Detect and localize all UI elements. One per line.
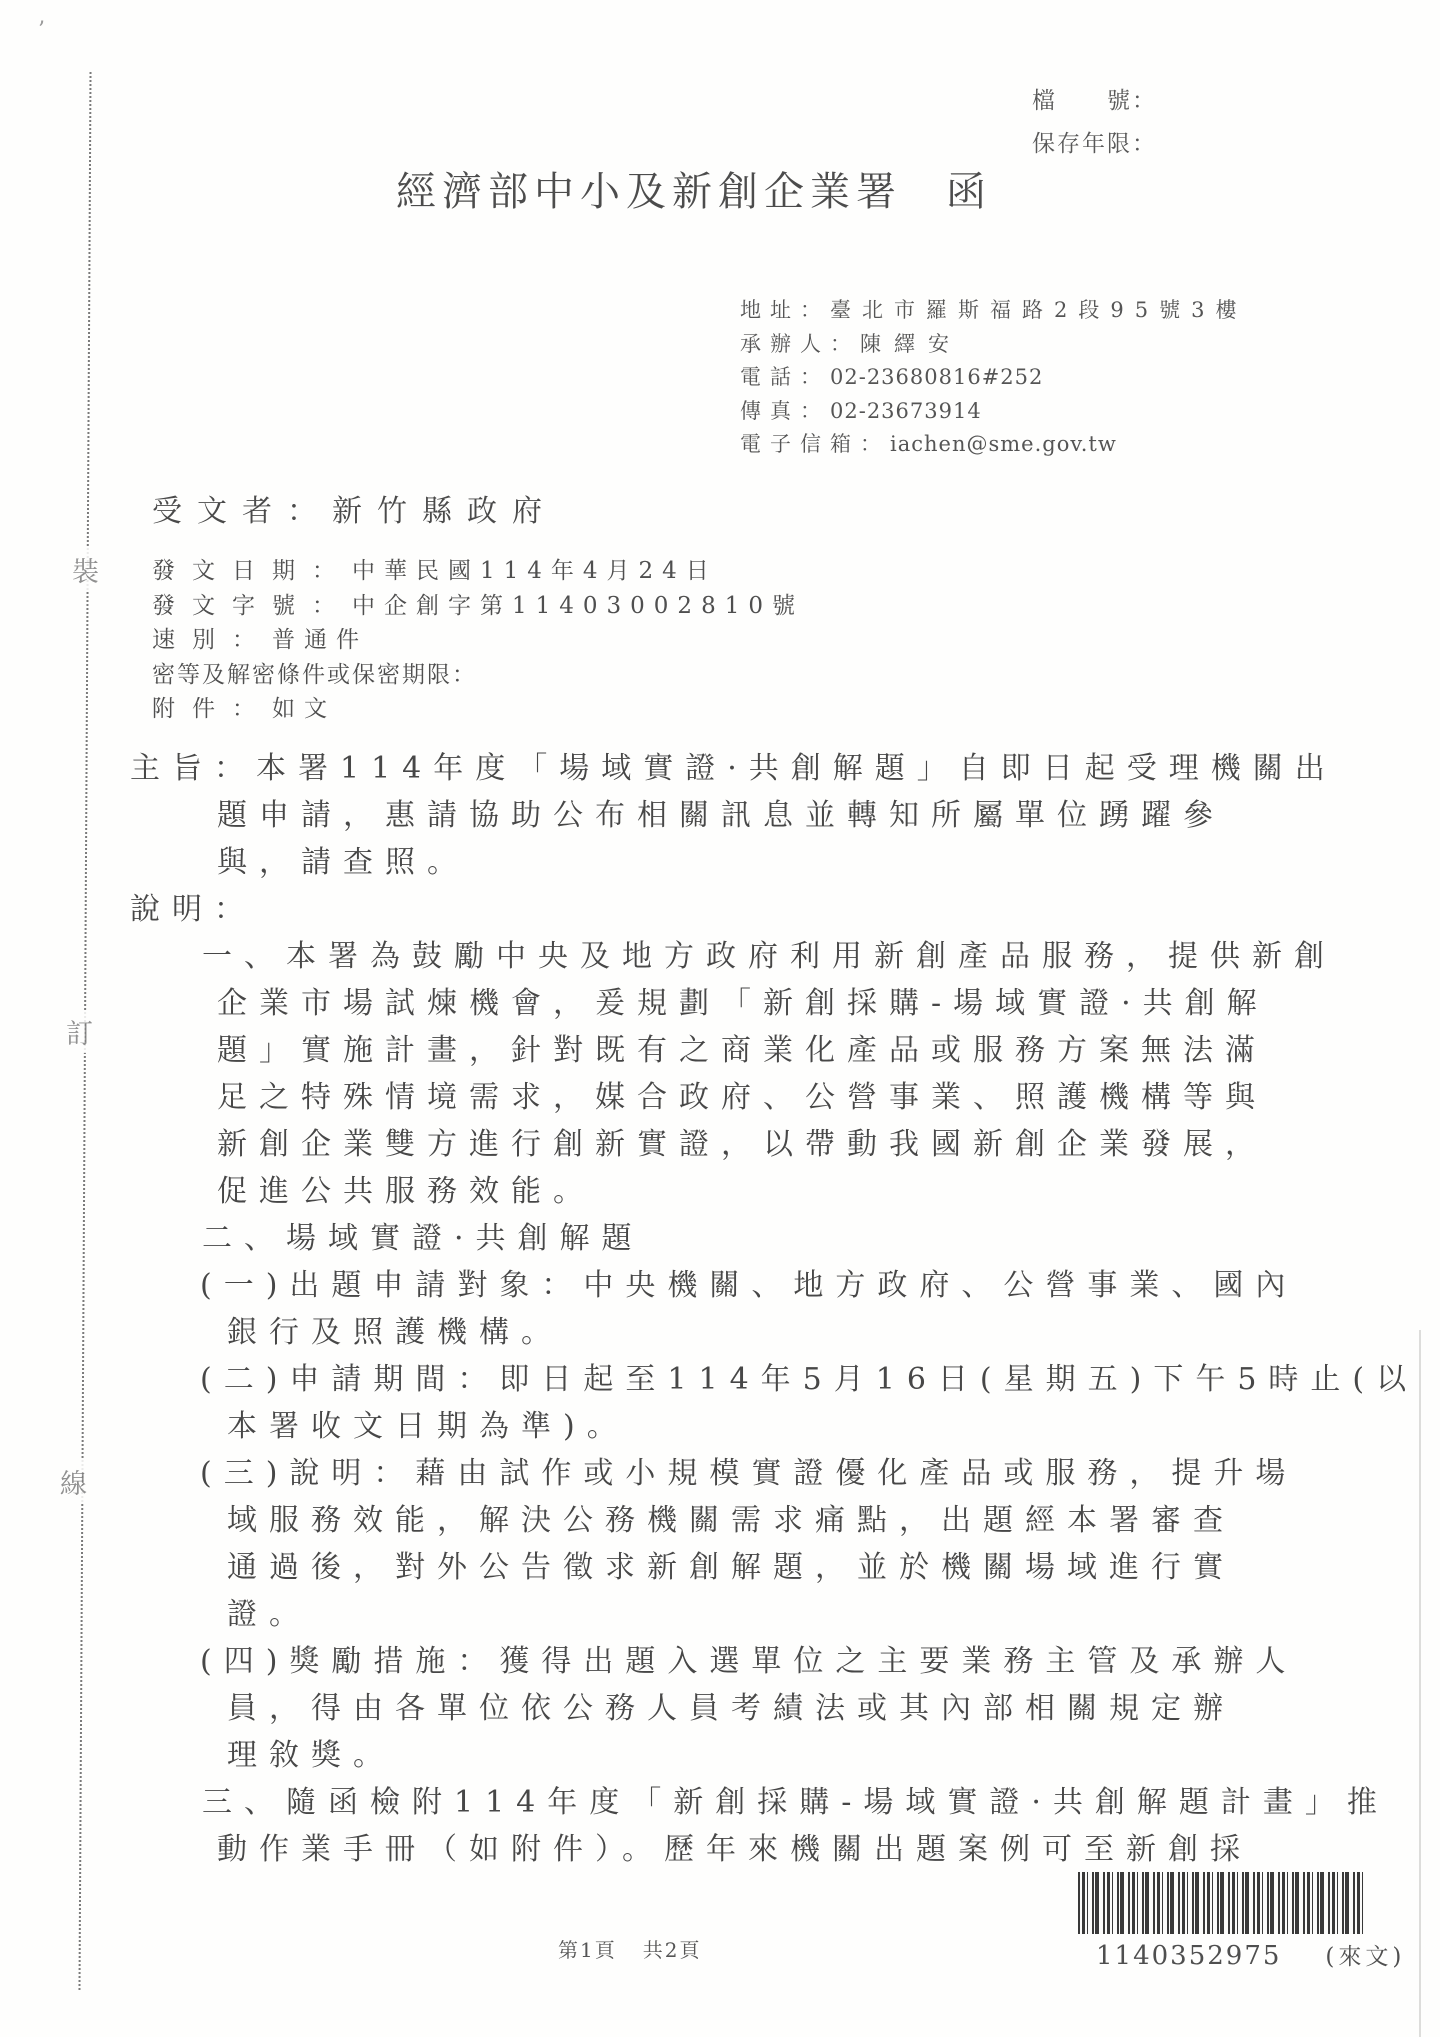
- contact-fax: 傳真：02-23673914: [740, 395, 1247, 429]
- letter-body: 主旨：本署114年度「場域實證·共創解題」自即日起受理機關出 題申請，惠請協助公…: [0, 745, 1440, 1873]
- document-title: 經濟部中小及新創企業署函: [396, 160, 992, 217]
- page-edge-shadow: [1419, 1330, 1421, 2037]
- meta-priority: 速別：普通件: [152, 623, 804, 658]
- file-number-label: 檔 號：: [1032, 80, 1157, 123]
- recipient-label: 受文者：: [152, 494, 332, 529]
- body-line: 員，得由各單位依公務人員考績法或其內部相關規定辦: [227, 1685, 1440, 1732]
- recipient-line: 受文者：新竹縣政府: [152, 486, 557, 530]
- contact-phone: 電話：02-23680816#252: [740, 361, 1247, 395]
- body-line-subitem-2: (二)申請期間：即日起至114年5月16日(星期五)下午5時止(以: [200, 1356, 1440, 1403]
- barcode: [1078, 1872, 1364, 1934]
- body-line: 銀行及照護機構。: [227, 1309, 1440, 1356]
- body-line-subject: 主旨：本署114年度「場域實證·共創解題」自即日起受理機關出: [130, 745, 1440, 792]
- body-line: 動作業手冊（如附件）。歷年來機關出題案例可至新創採: [217, 1826, 1440, 1873]
- body-line: 本署收文日期為準)。: [227, 1403, 1440, 1450]
- body-line-subitem-1: (一)出題申請對象：中央機關、地方政府、公營事業、國內: [200, 1262, 1440, 1309]
- binding-mark-zhuang: 裝: [72, 548, 99, 591]
- body-line: 企業市場試煉機會，爰規劃「新創採購-場域實證·共創解: [217, 980, 1440, 1027]
- meta-classification: 密等及解密條件或保密期限：: [152, 658, 804, 693]
- body-line: 新創企業雙方進行創新實證，以帶動我國新創企業發展，: [217, 1121, 1440, 1168]
- page-total: 共2頁: [643, 1938, 702, 1962]
- meta-doc-number: 發文字號：中企創字第11403002810號: [152, 589, 804, 624]
- body-line: 足之特殊情境需求，媒合政府、公營事業、照護機構等與: [217, 1074, 1440, 1121]
- file-number-block: 檔 號： 保存年限：: [1032, 80, 1157, 166]
- body-line: 促進公共服務效能。: [217, 1168, 1440, 1215]
- page-footer: 第1頁共2頁: [558, 1934, 701, 1963]
- meta-block: 發文日期：中華民國114年4月24日 發文字號：中企創字第11403002810…: [152, 554, 804, 727]
- body-line-subitem-4: (四)獎勵措施：獲得出題入選單位之主要業務主管及承辦人: [200, 1638, 1440, 1685]
- body-line: 題」實施計畫，針對既有之商業化產品或服務方案無法滿: [217, 1027, 1440, 1074]
- body-line: 通過後，對外公告徵求新創解題，並於機關場域進行實: [227, 1544, 1440, 1591]
- body-line: 與，請查照。: [217, 839, 1440, 886]
- meta-attachment: 附件：如文: [152, 692, 804, 727]
- contact-address: 地址：臺北市羅斯福路2段95號3樓: [740, 294, 1247, 328]
- retention-period-label: 保存年限：: [1032, 123, 1157, 166]
- contact-person: 承辦人：陳繹安: [740, 328, 1247, 362]
- page-number: 第1頁: [558, 1938, 617, 1962]
- body-line-item-3: 三、隨函檢附114年度「新創採購-場域實證·共創解題計畫」推: [202, 1779, 1440, 1826]
- official-letter-page: ’ 裝 訂 線 檔 號： 保存年限： 經濟部中小及新創企業署函 地址：臺北市羅斯…: [0, 0, 1440, 2037]
- issuing-agency: 經濟部中小及新創企業署: [396, 169, 902, 215]
- contact-block: 地址：臺北市羅斯福路2段95號3樓 承辦人：陳繹安 電話：02-23680816…: [740, 294, 1247, 462]
- barcode-caption: 1140352975(來文): [1096, 1938, 1405, 1971]
- contact-email: 電子信箱：iachen@sme.gov.tw: [740, 428, 1247, 462]
- body-line: 域服務效能，解決公務機關需求痛點，出題經本署審查: [227, 1497, 1440, 1544]
- document-type: 函: [946, 169, 992, 215]
- recipient-value: 新竹縣政府: [332, 494, 557, 529]
- body-line: 證。: [227, 1591, 1440, 1638]
- meta-issue-date: 發文日期：中華民國114年4月24日: [152, 554, 804, 589]
- body-line-subitem-3: (三)說明：藉由試作或小規模實證優化產品或服務，提升場: [200, 1450, 1440, 1497]
- body-line-item-2: 二、場域實證·共創解題: [202, 1215, 1440, 1262]
- scan-speck: ’: [38, 18, 45, 43]
- barcode-number: 1140352975: [1096, 1941, 1281, 1971]
- body-line-item-1: 一、本署為鼓勵中央及地方政府利用新創產品服務，提供新創: [202, 933, 1440, 980]
- body-line: 理敘獎。: [227, 1732, 1440, 1779]
- barcode-tag: (來文): [1325, 1944, 1405, 1970]
- body-line-explanation-heading: 說明：: [130, 886, 1440, 933]
- body-line: 題申請，惠請協助公布相關訊息並轉知所屬單位踴躍參: [217, 792, 1440, 839]
